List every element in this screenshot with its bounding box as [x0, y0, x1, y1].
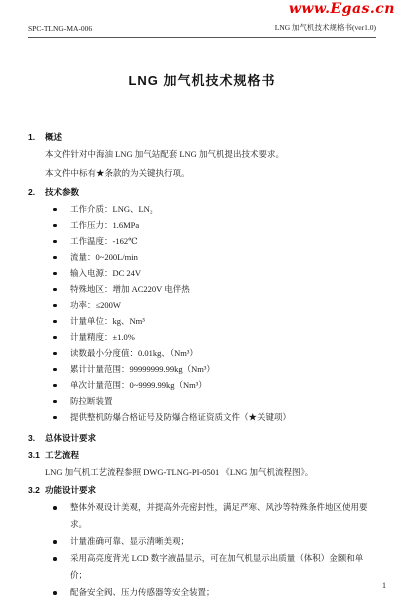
- bullet-icon: [53, 256, 57, 260]
- document-title: LNG 加气机技术规格书: [28, 70, 376, 89]
- list-item-text: 配备安全阀、压力传感器等安全装置；: [70, 587, 215, 597]
- list-item: 提供整机防爆合格证号及防爆合格证资质文件（★关键项）: [28, 409, 376, 425]
- section-number: 2.: [28, 185, 45, 199]
- bullet-icon: [53, 540, 57, 544]
- list-item: 工作介质：LNG、LN₂: [28, 201, 376, 217]
- list-item: 防拉断装置: [28, 393, 376, 409]
- bullet-icon: [53, 506, 57, 510]
- list-item: 单次计量范围：0~9999.99kg（Nm³）: [28, 377, 376, 393]
- list-item-text: 工作压力：1.6MPa: [70, 220, 139, 230]
- header-doc-title: LNG 加气机技术规格书(ver1.0): [275, 22, 376, 33]
- bullet-icon: [53, 320, 57, 324]
- list-item: 工作压力：1.6MPa: [28, 217, 376, 233]
- section-2-heading: 2. 技术参数: [28, 185, 376, 199]
- list-item-text: 工作介质：LNG、LN₂: [70, 204, 153, 214]
- bullet-icon: [53, 591, 57, 595]
- bullet-icon: [53, 352, 57, 356]
- list-item: 计量精度：±1.0%: [28, 329, 376, 345]
- list-item-text: 计量单位：kg、Nm³: [70, 316, 145, 326]
- bullet-icon: [53, 208, 57, 212]
- paragraph: LNG 加气机工艺流程参照 DWG-TLNG-PI-0501 《LNG 加气机流…: [45, 464, 376, 480]
- list-item-text: 工作温度：-162℃: [70, 236, 138, 246]
- list-item: 特殊地区：增加 AC220V 电伴热: [28, 281, 376, 297]
- list-item-text: 提供整机防爆合格证号及防爆合格证资质文件（★关键项）: [70, 412, 291, 422]
- list-item-text: 计量准确可靠、显示清晰美观；: [70, 536, 189, 546]
- function-design-list: 整体外观设计美观，并提高外壳密封性，满足严寒、风沙等特殊条件地区使用要求。 计量…: [28, 499, 376, 601]
- list-item: 功率：≤200W: [28, 297, 376, 313]
- tech-params-list: 工作介质：LNG、LN₂ 工作压力：1.6MPa 工作温度：-162℃ 流量：0…: [28, 201, 376, 425]
- bullet-icon: [53, 224, 57, 228]
- bullet-icon: [53, 240, 57, 244]
- list-item-text: 累计计量范围：99999999.99kg（Nm³）: [70, 364, 215, 374]
- section-3-2-heading: 3.2 功能设计要求: [28, 483, 376, 497]
- list-item-text: 输入电源：DC 24V: [70, 268, 141, 278]
- document-page: www.Egas.cn SPC-TLNG-MA-006 LNG 加气机技术规格书…: [0, 0, 402, 601]
- list-item-text: 防拉断装置: [70, 396, 113, 406]
- section-heading-text: 概述: [45, 130, 62, 144]
- section-heading-text: 工艺流程: [45, 448, 79, 462]
- list-item: 计量单位：kg、Nm³: [28, 313, 376, 329]
- bullet-icon: [53, 368, 57, 372]
- page-header: SPC-TLNG-MA-006 LNG 加气机技术规格书(ver1.0): [28, 22, 376, 38]
- bullet-icon: [53, 557, 57, 561]
- section-number: 3.1: [28, 448, 45, 462]
- section-number: 3.: [28, 431, 45, 445]
- list-item: 工作温度：-162℃: [28, 233, 376, 249]
- list-item-text: 特殊地区：增加 AC220V 电伴热: [70, 284, 190, 294]
- section-3-heading: 3. 总体设计要求: [28, 431, 376, 445]
- page-number: 1: [382, 581, 386, 590]
- section-number: 3.2: [28, 483, 45, 497]
- egas-watermark: www.Egas.cn: [289, 1, 395, 17]
- list-item-text: 采用高亮度背光 LCD 数字液晶显示，可在加气机显示出质量（体积）金额和单价；: [70, 553, 363, 580]
- document-body: LNG 加气机技术规格书 1. 概述 本文件针对中海油 LNG 加气站配套 LN…: [28, 66, 376, 601]
- paragraph: 本文件中标有★条款的为关键执行项。: [45, 165, 376, 182]
- list-item-text: 功率：≤200W: [70, 300, 121, 310]
- bullet-icon: [53, 416, 57, 420]
- paragraph: 本文件针对中海油 LNG 加气站配套 LNG 加气机提出技术要求。: [45, 146, 376, 163]
- section-3-1-heading: 3.1 工艺流程: [28, 448, 376, 462]
- section-heading-text: 技术参数: [45, 185, 79, 199]
- section-1-heading: 1. 概述: [28, 130, 376, 144]
- list-item: 流量：0~200L/min: [28, 249, 376, 265]
- list-item-text: 单次计量范围：0~9999.99kg（Nm³）: [70, 380, 207, 390]
- section-number: 1.: [28, 130, 45, 144]
- bullet-icon: [53, 304, 57, 308]
- header-doc-code: SPC-TLNG-MA-006: [28, 24, 92, 33]
- section-heading-text: 功能设计要求: [45, 483, 96, 497]
- list-item: 配备安全阀、压力传感器等安全装置；: [28, 584, 376, 601]
- list-item: 采用高亮度背光 LCD 数字液晶显示，可在加气机显示出质量（体积）金额和单价；: [28, 550, 376, 584]
- list-item-text: 计量精度：±1.0%: [70, 332, 135, 342]
- list-item: 读数最小分度值：0.01kg、（Nm³）: [28, 345, 376, 361]
- bullet-icon: [53, 400, 57, 404]
- bullet-icon: [53, 288, 57, 292]
- list-item-text: 读数最小分度值：0.01kg、（Nm³）: [70, 348, 198, 358]
- list-item-text: 流量：0~200L/min: [70, 252, 138, 262]
- bullet-icon: [53, 272, 57, 276]
- bullet-icon: [53, 336, 57, 340]
- bullet-icon: [53, 384, 57, 388]
- list-item: 整体外观设计美观，并提高外壳密封性，满足严寒、风沙等特殊条件地区使用要求。: [28, 499, 376, 533]
- list-item: 累计计量范围：99999999.99kg（Nm³）: [28, 361, 376, 377]
- list-item-text: 整体外观设计美观，并提高外壳密封性，满足严寒、风沙等特殊条件地区使用要求。: [70, 502, 368, 529]
- section-heading-text: 总体设计要求: [45, 431, 96, 445]
- list-item: 输入电源：DC 24V: [28, 265, 376, 281]
- list-item: 计量准确可靠、显示清晰美观；: [28, 533, 376, 550]
